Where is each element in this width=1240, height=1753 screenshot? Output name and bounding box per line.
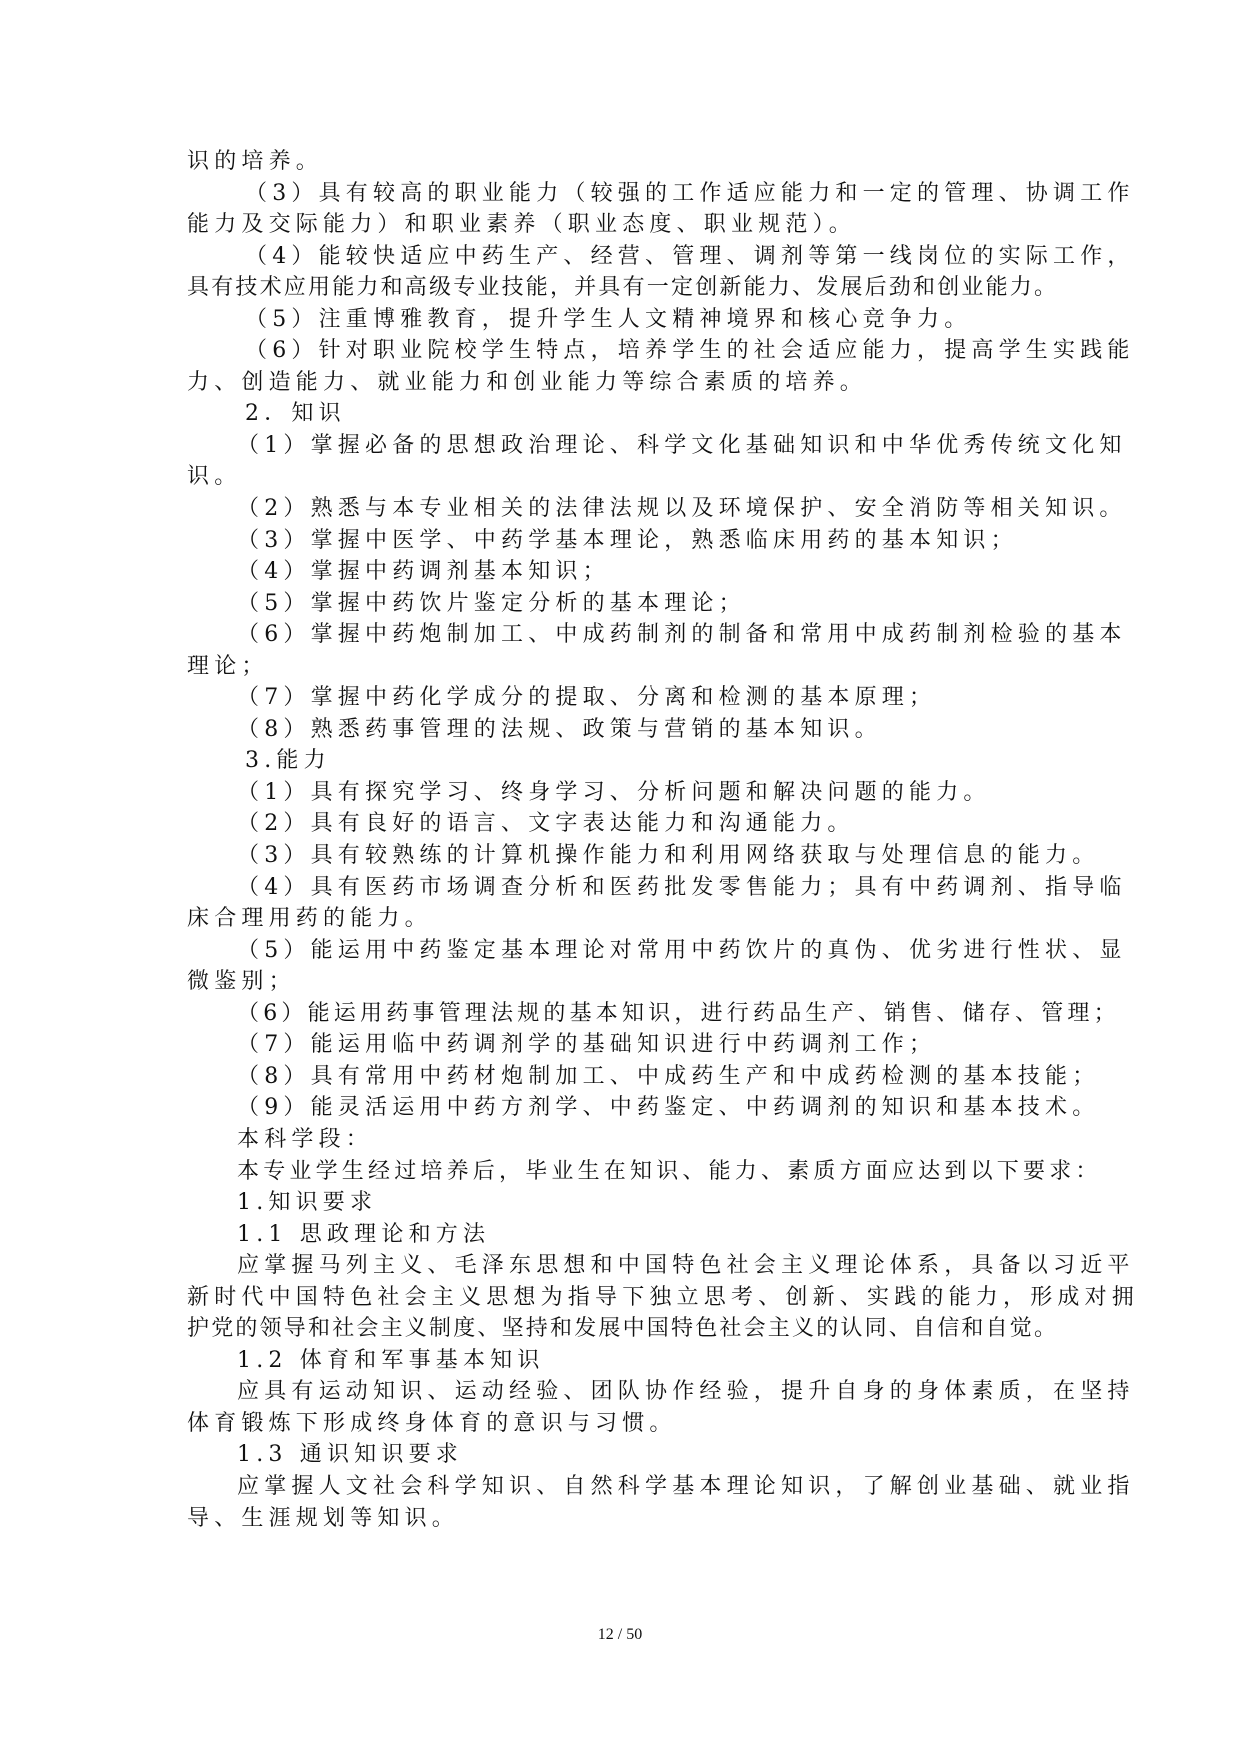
text-line: 床合理用药的能力。 xyxy=(187,903,1057,935)
section-heading: 1.知识要求 xyxy=(187,1187,1057,1219)
section-heading: 1.2 体育和军事基本知识 xyxy=(187,1345,1057,1377)
section-heading: 2．知识 xyxy=(187,398,1057,430)
text-line: （7）掌握中药化学成分的提取、分离和检测的基本原理； xyxy=(187,682,1057,714)
text-line: 能力及交际能力）和职业素养（职业态度、职业规范）。 xyxy=(187,209,1057,241)
text-line: （9）能灵活运用中药方剂学、中药鉴定、中药调剂的知识和基本技术。 xyxy=(187,1092,1057,1124)
document-body: 识的培养。 （3）具有较高的职业能力（较强的工作适应能力和一定的管理、协调工作 … xyxy=(187,146,1057,1534)
page-number: 12 / 50 xyxy=(0,1626,1240,1644)
text-line: 本专业学生经过培养后，毕业生在知识、能力、素质方面应达到以下要求： xyxy=(187,1156,1057,1188)
text-line: 识。 xyxy=(187,461,1057,493)
section-heading: 本科学段： xyxy=(187,1124,1057,1156)
text-line: （3）具有较熟练的计算机操作能力和利用网络获取与处理信息的能力。 xyxy=(187,840,1057,872)
text-line: （1）掌握必备的思想政治理论、科学文化基础知识和中华优秀传统文化知 xyxy=(187,430,1057,462)
text-line: （5）能运用中药鉴定基本理论对常用中药饮片的真伪、优劣进行性状、显 xyxy=(187,935,1057,967)
text-line: 应掌握人文社会科学知识、自然科学基本理论知识，了解创业基础、就业指 xyxy=(187,1471,1057,1503)
text-line: 导、生涯规划等知识。 xyxy=(187,1503,1057,1535)
text-line: （6）针对职业院校学生特点，培养学生的社会适应能力，提高学生实践能 xyxy=(187,335,1057,367)
text-line: （3）掌握中医学、中药学基本理论，熟悉临床用药的基本知识； xyxy=(187,525,1057,557)
text-line: （6）能运用药事管理法规的基本知识，进行药品生产、销售、储存、管理； xyxy=(187,998,1057,1030)
text-line: （4）掌握中药调剂基本知识； xyxy=(187,556,1057,588)
text-line: 应掌握马列主义、毛泽东思想和中国特色社会主义理论体系，具备以习近平 xyxy=(187,1250,1057,1282)
text-line: 新时代中国特色社会主义思想为指导下独立思考、创新、实践的能力，形成对拥 xyxy=(187,1282,1057,1314)
text-line: （2）具有良好的语言、文字表达能力和沟通能力。 xyxy=(187,808,1057,840)
section-heading: 3.能力 xyxy=(187,745,1057,777)
text-line: （8）具有常用中药材炮制加工、中成药生产和中成药检测的基本技能； xyxy=(187,1061,1057,1093)
text-line: （4）具有医药市场调查分析和医药批发零售能力；具有中药调剂、指导临 xyxy=(187,872,1057,904)
text-line: 力、创造能力、就业能力和创业能力等综合素质的培养。 xyxy=(187,367,1057,399)
text-line: （3）具有较高的职业能力（较强的工作适应能力和一定的管理、协调工作 xyxy=(187,178,1057,210)
text-line: （6）掌握中药炮制加工、中成药制剂的制备和常用中成药制剂检验的基本 xyxy=(187,619,1057,651)
text-line: （2）熟悉与本专业相关的法律法规以及环境保护、安全消防等相关知识。 xyxy=(187,493,1057,525)
text-line: （4）能较快适应中药生产、经营、管理、调剂等第一线岗位的实际工作， xyxy=(187,241,1057,273)
text-line: 具有技术应用能力和高级专业技能，并具有一定创新能力、发展后劲和创业能力。 xyxy=(187,272,1057,304)
text-line: 应具有运动知识、运动经验、团队协作经验，提升自身的身体素质，在坚持 xyxy=(187,1376,1057,1408)
text-line: 识的培养。 xyxy=(187,146,1057,178)
text-line: 护党的领导和社会主义制度、坚持和发展中国特色社会主义的认同、自信和自觉。 xyxy=(187,1313,1057,1345)
section-heading: 1.3 通识知识要求 xyxy=(187,1439,1057,1471)
text-line: （8）熟悉药事管理的法规、政策与营销的基本知识。 xyxy=(187,714,1057,746)
text-line: 理论； xyxy=(187,651,1057,683)
text-line: （1）具有探究学习、终身学习、分析问题和解决问题的能力。 xyxy=(187,777,1057,809)
text-line: 微鉴别； xyxy=(187,966,1057,998)
text-line: （5）掌握中药饮片鉴定分析的基本理论； xyxy=(187,588,1057,620)
text-line: （7）能运用临中药调剂学的基础知识进行中药调剂工作； xyxy=(187,1029,1057,1061)
text-line: 体育锻炼下形成终身体育的意识与习惯。 xyxy=(187,1408,1057,1440)
document-page: 识的培养。 （3）具有较高的职业能力（较强的工作适应能力和一定的管理、协调工作 … xyxy=(0,0,1240,1753)
text-line: （5）注重博雅教育，提升学生人文精神境界和核心竞争力。 xyxy=(187,304,1057,336)
section-heading: 1.1 思政理论和方法 xyxy=(187,1219,1057,1251)
